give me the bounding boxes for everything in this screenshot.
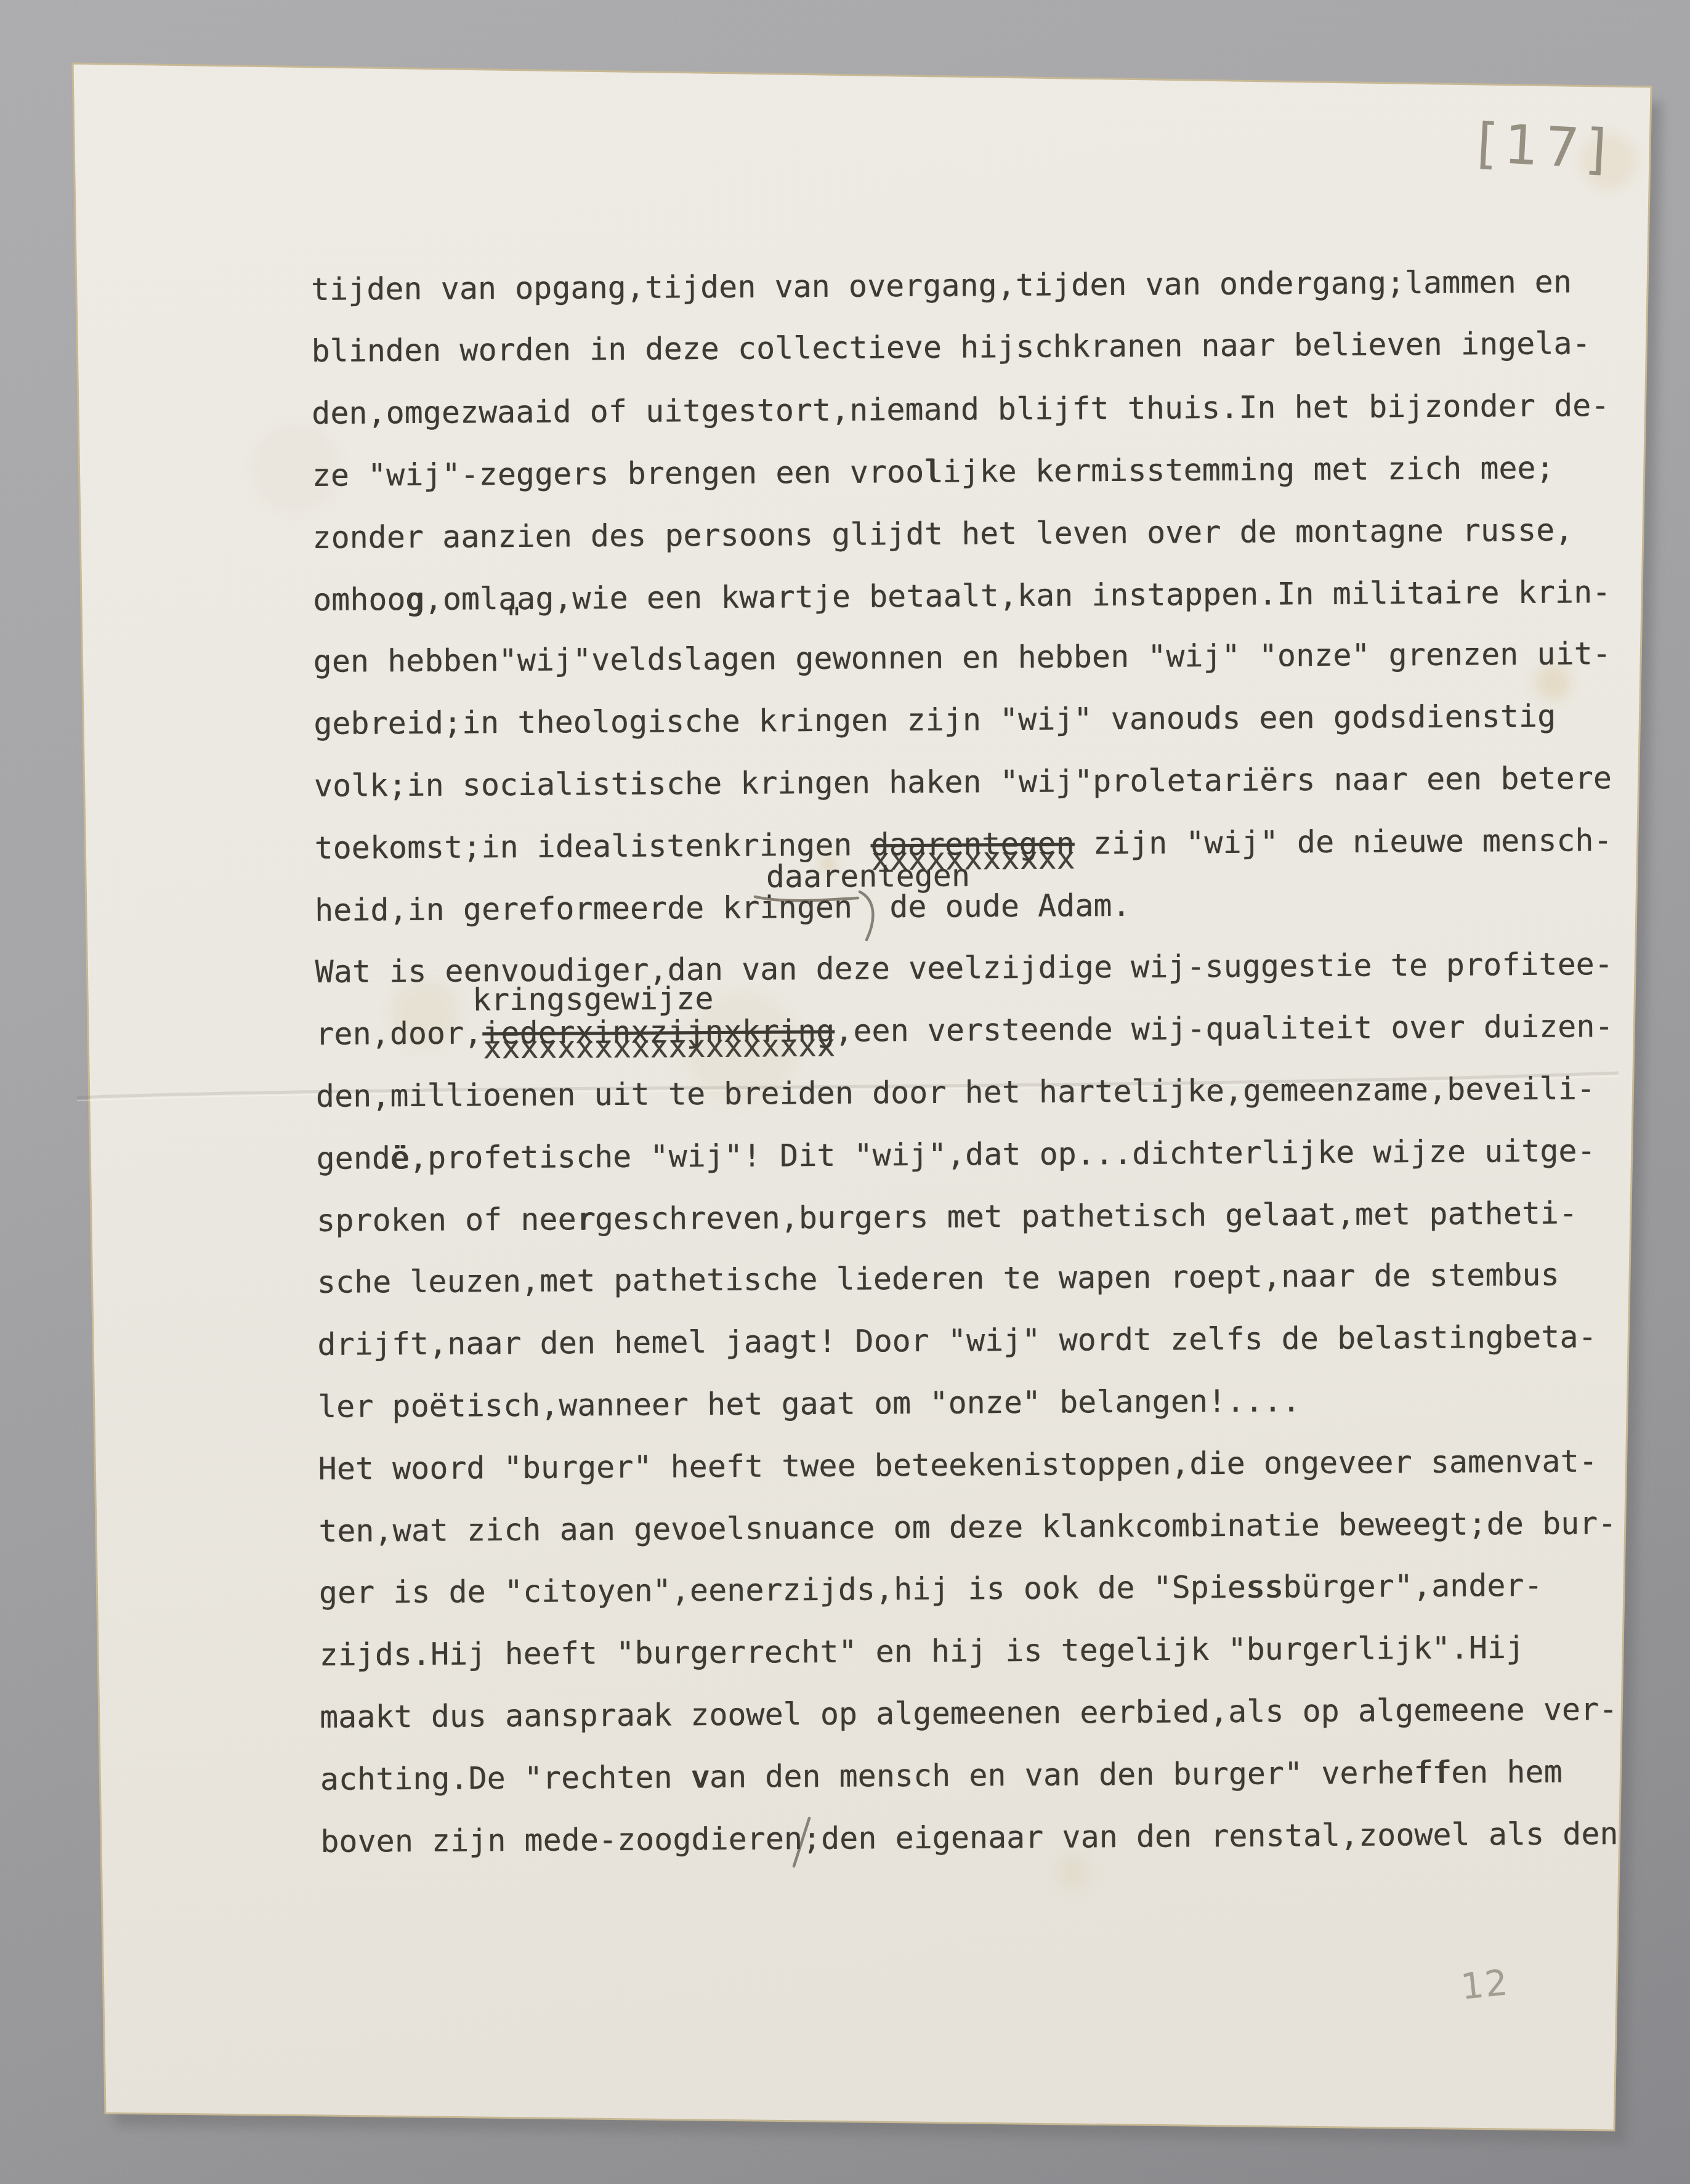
typed-line-11: heid,in gereformeerde kringen de oude Ad…: [315, 874, 1131, 941]
typed-line-15: gendë,profetische "wij"! Dit "wij",dat o…: [316, 1120, 1596, 1190]
typed-text: gend: [316, 1140, 390, 1176]
typed-text: blinden worden in deze collectieve hijsc…: [311, 326, 1590, 370]
overtyped-character: v: [691, 1759, 710, 1795]
typed-line-5: zonder aanzien des persoons glijdt het l…: [312, 499, 1574, 569]
overtyped-character: ff: [1414, 1754, 1452, 1790]
typed-text: maakt dus aanspraak zoowel op algemeenen…: [320, 1691, 1618, 1735]
typed-line-17: sche leuzen,met pathetische liederen te …: [317, 1244, 1559, 1314]
typed-text: sche leuzen,met pathetische liederen te …: [317, 1257, 1559, 1300]
typed-text: volk;in socialistische kringen haken "wi…: [314, 760, 1612, 804]
typewritten-text-block: tijden van opgang,tijden van overgang,ti…: [0, 0, 1688, 2]
typed-insertion-daarentegen: daarentegen: [766, 844, 971, 908]
typed-line-2: blinden worden in deze collectieve hijsc…: [311, 313, 1591, 383]
typed-line-18: drijft,naar den hemel jaagt! Door "wij" …: [317, 1306, 1597, 1376]
typed-text: bürger",ander-: [1283, 1567, 1543, 1605]
overtyped-character: ë: [390, 1140, 409, 1176]
pencil-page-number-top-right: [17]: [1475, 111, 1614, 181]
typed-text: en hem: [1451, 1753, 1563, 1790]
overtyped-character: g: [405, 581, 424, 617]
typed-text: an den mensch en van den burger" verhe: [710, 1755, 1414, 1795]
typed-line-25: achting.De "rechten van den mensch en va…: [320, 1741, 1563, 1810]
typed-text: ijke kermisstemming met zich mee;: [942, 450, 1555, 490]
typed-text: boven zijn mede-zoogdieren;den eigenaar …: [320, 1816, 1619, 1859]
typed-line-16: sproken of neergeschreven,burgers met pa…: [317, 1182, 1578, 1252]
typed-text: drijft,naar den hemel jaagt! Door "wij" …: [317, 1319, 1596, 1362]
typed-line-24: maakt dus aanspraak zoowel op algemeenen…: [320, 1678, 1618, 1749]
typed-text: ze "wij"-zeggers brengen een vroo: [312, 454, 924, 493]
typed-text: den,omgezwaaid of uitgestort,niemand bli…: [312, 387, 1610, 431]
typed-line-21: ten,wat zich aan gevoelsnuance om deze k…: [318, 1492, 1617, 1563]
typed-line-9: volk;in socialistische kringen haken "wi…: [314, 747, 1612, 817]
typed-text: ler poëtisch,wanneer het gaat om "onze" …: [318, 1383, 1301, 1425]
typed-inserted-quote-mark: ": [504, 588, 524, 650]
typed-text: geschreven,burgers met pathetisch gelaat…: [595, 1195, 1578, 1237]
typed-line-14: den,millioenen uit te breiden door het h…: [316, 1058, 1596, 1128]
overtyped-character: ss: [1246, 1569, 1284, 1605]
typed-insertion-kringsgewijze: kringsgewijze: [472, 968, 714, 1031]
typed-text: ,omlaag,wie een kwartje betaalt,kan inst…: [424, 574, 1611, 617]
typed-line-1: tijden van opgang,tijden van overgang,ti…: [311, 251, 1572, 321]
typed-text: ger is de "citoyen",eenerzijds,hij is oo…: [319, 1569, 1246, 1611]
typed-text: zonder aanzien des persoons glijdt het l…: [312, 512, 1573, 556]
overtyped-character: l: [924, 454, 942, 490]
typed-line-3: den,omgezwaaid of uitgestort,niemand bli…: [312, 374, 1610, 445]
typed-text: ,een versteende wij-qualiteit over duize…: [835, 1008, 1614, 1049]
photographed-document-scene: tijden van opgang,tijden van overgang,ti…: [0, 0, 1690, 2184]
typed-line-8: gebreid;in theologische kringen zijn "wi…: [313, 686, 1556, 755]
typed-text: gebreid;in theologische kringen zijn "wi…: [313, 698, 1556, 742]
typewritten-text-layer: tijden van opgang,tijden van overgang,ti…: [0, 0, 1690, 2184]
typed-line-20: Het woord "burger" heeft twee beteekenis…: [318, 1430, 1598, 1500]
typed-text: zijn "wij" de nieuwe mensch-: [1075, 822, 1612, 861]
pencil-page-number-bottom-right: 12: [1459, 1961, 1511, 2008]
typed-text: sproken of nee: [317, 1201, 576, 1239]
typed-text: ten,wat zich aan gevoelsnuance om deze k…: [318, 1505, 1617, 1549]
typed-text: omhoo: [313, 581, 406, 618]
typed-text: den,millioenen uit te breiden door het h…: [316, 1070, 1595, 1114]
typed-text: Het woord "burger" heeft twee beteekenis…: [318, 1443, 1598, 1487]
typed-line-19: ler poëtisch,wanneer het gaat om "onze" …: [318, 1370, 1301, 1438]
typed-text: heid,in gereformeerde kringen de oude Ad…: [315, 887, 1131, 928]
typed-line-23: zijds.Hij heeft "burgerrecht" en hij is …: [319, 1617, 1524, 1686]
typed-text: ,profetische "wij"! Dit "wij",dat op...d…: [409, 1133, 1596, 1176]
typed-text: tijden van opgang,tijden van overgang,ti…: [311, 264, 1572, 307]
typed-line-22: ger is de "citoyen",eenerzijds,hij is oo…: [319, 1555, 1543, 1624]
typed-line-26: boven zijn mede-zoogdieren;den eigenaar …: [320, 1803, 1619, 1873]
typed-line-4: ze "wij"-zeggers brengen een vroolijke k…: [312, 437, 1555, 507]
typed-text: ren,door,: [315, 1015, 482, 1052]
typed-text: zijds.Hij heeft "burgerrecht" en hij is …: [319, 1630, 1524, 1673]
typed-text: achting.De "rechten: [320, 1759, 691, 1797]
overtyped-character: r: [576, 1201, 594, 1237]
